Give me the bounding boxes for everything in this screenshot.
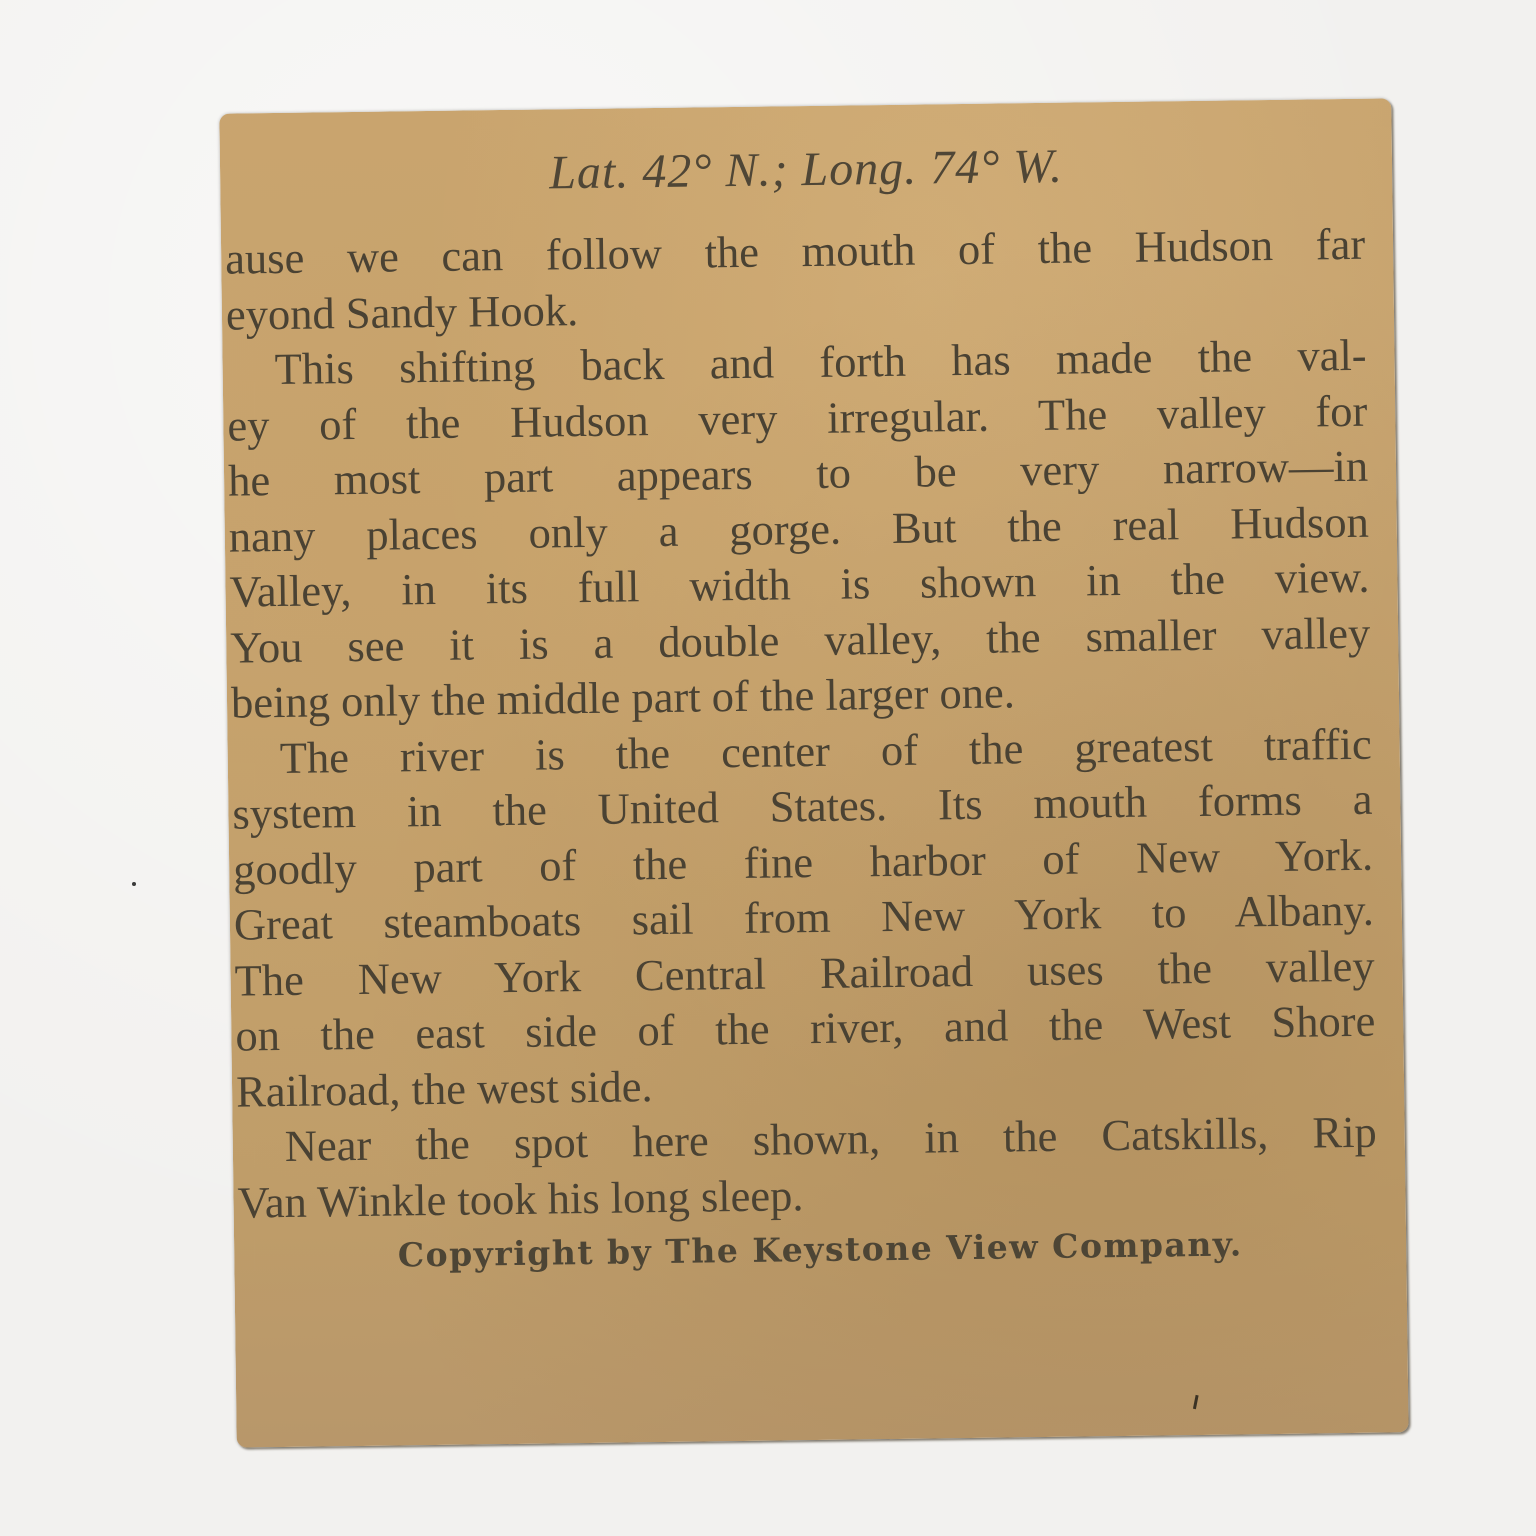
dust-speck xyxy=(132,882,136,886)
copyright-notice: Copyright by The Keystone View Company. xyxy=(234,1222,1406,1276)
description-text: ause we can follow the mouth of the Huds… xyxy=(225,217,1378,1231)
stereoview-card-back: Lat. 42° N.; Long. 74° W. ause we can fo… xyxy=(219,98,1408,1447)
coordinates-heading: Lat. 42° N.; Long. 74° W. xyxy=(220,134,1393,204)
paper-mark xyxy=(1193,1395,1199,1409)
